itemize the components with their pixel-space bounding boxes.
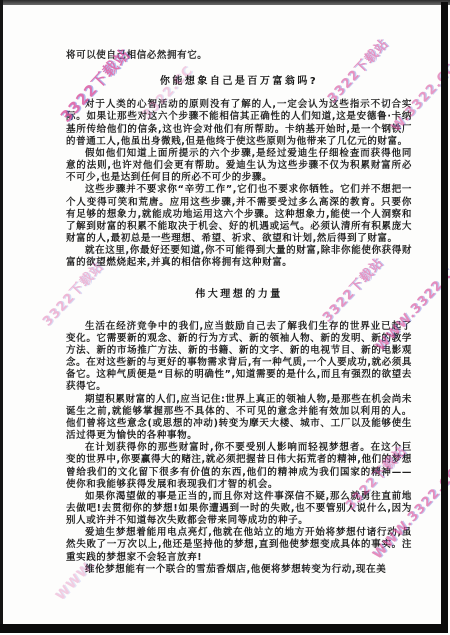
- paragraph: 在计划获得你的那些财富时,你不要受别人影响而轻视梦想者。在这个巨变的世界中,你要…: [66, 442, 412, 491]
- scanned-page: 将可以使自己相信必然拥有它。 你能想象自己是百万富翁吗? 对于人类的心智活动的原…: [0, 0, 448, 633]
- section-heading-power-of-dreams: 伟大理想的力量: [66, 289, 412, 301]
- document-body: 将可以使自己相信必然拥有它。 你能想象自己是百万富翁吗? 对于人类的心智活动的原…: [66, 50, 412, 576]
- paragraph: 期望积累财富的人们,应当记住:世界上真正的领袖人物,是那些在机会尚未诞生之前,就…: [66, 394, 412, 443]
- scan-frame-top-edge: [0, 0, 450, 5]
- paragraph: 就在这里,你最好还要知道,你不可能得到大量的财富,除非你能使你获得财富的欲望燃烧…: [66, 245, 412, 269]
- paragraph-continuation: 将可以使自己相信必然拥有它。: [66, 50, 412, 62]
- scan-frame-bottom-edge: [0, 624, 446, 633]
- scan-frame-left-edge: [0, 0, 3, 630]
- paragraph: 维伦梦想能有一个联合的雪茄香烟店,他便将梦想转变为行动,现在美: [66, 564, 412, 576]
- paragraph: 假如他们知道上面所提示的六个步骤,是经过爱迪生仔细检查而获得他同意的法则,也许对…: [66, 148, 412, 184]
- scan-frame-right-edge: [441, 2, 448, 633]
- paragraph: 如果你渴望做的事是正当的,而且你对这件事深信不疑,那么就勇往直前地去做吧!去贯彻…: [66, 491, 412, 527]
- paragraph: 对于人类的心智活动的原则没有了解的人,一定会认为这些指示不切合实际。如果让那些对…: [66, 99, 412, 148]
- paragraph: 爱迪生梦想着能用电点亮灯,他就在他站立的地方开始将梦想付诸行动,虽然失败了一万次…: [66, 527, 412, 563]
- paragraph: 生活在经济竞争中的我们,应当鼓励自己去了解我们生存的世界业已起了变化。它需要新的…: [66, 321, 412, 394]
- paragraph: 这些步骤并不要求你“辛劳工作”,它们也不要求你牺牲。它们并不想把一个人变得可笑和…: [66, 184, 412, 245]
- section-heading-millionaire: 你能想象自己是百万富翁吗?: [66, 76, 412, 88]
